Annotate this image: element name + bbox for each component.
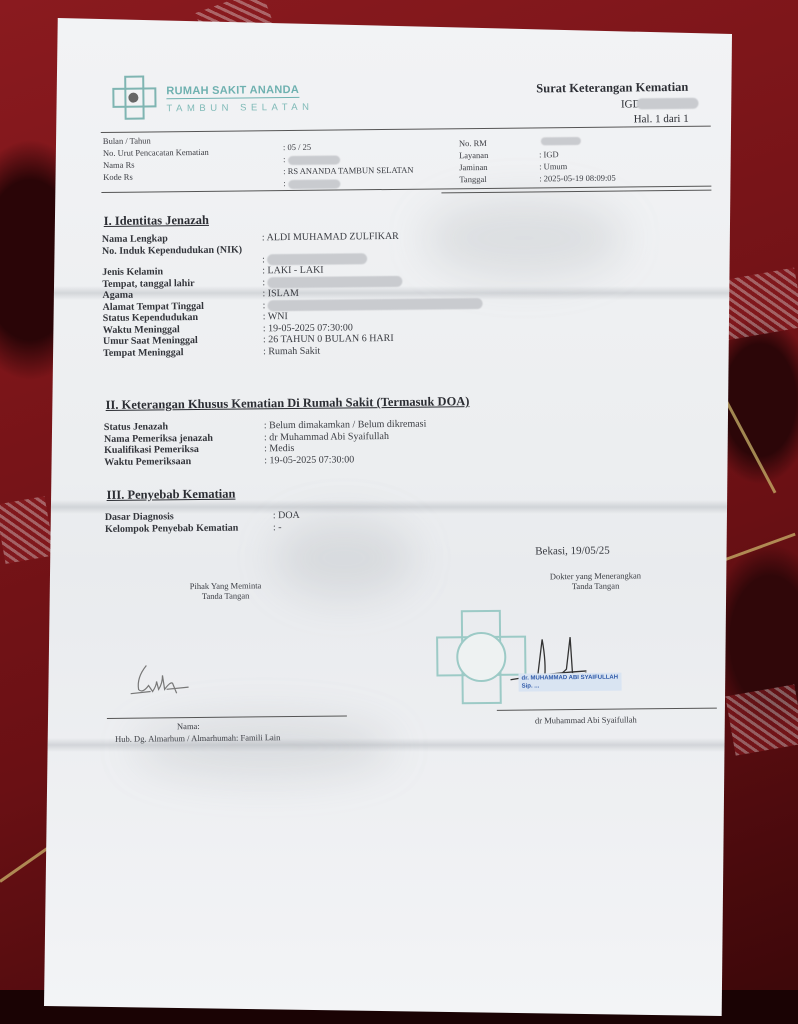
requester-signature [126,655,207,706]
cloth-gold-line [0,846,50,883]
hospital-subname: TAMBUN SELATAN [166,102,313,115]
meta-label: Bulan / Tahun [103,135,151,146]
cloth-gold-line [719,533,795,563]
place-date: Bekasi, 19/05/25 [535,545,610,558]
meta-label: Kode Rs [103,172,133,182]
cloth-border-pattern [0,496,55,564]
redacted-field [288,179,340,189]
redacted-field [268,276,403,288]
meta-value [541,135,581,145]
redacted-field [541,137,581,145]
death-certificate-paper: RUMAH SAKIT ANANDA TAMBUN SELATAN Surat … [44,18,732,1016]
meta-value: : [283,177,340,188]
meta-label: Nama Rs [103,160,135,170]
redacted-field [268,298,483,311]
meta-label: Layanan [459,150,488,160]
meta-value: : 2025-05-19 08:09:05 [539,173,616,184]
divider [441,190,711,194]
meta-label: No. Urut Pencacatan Kematian [103,147,209,158]
doctor-signature-label: Dokter yang MenerangkanTanda Tangan [525,570,665,591]
cloth-border-pattern [725,684,798,755]
meta-value: : 05 / 25 [283,142,311,152]
meta-value: : RS ANANDA TAMBUN SELATAN [283,165,413,176]
section-1-fields: Nama Lengkap: ALDI MUHAMAD ZULFIKAR No. … [102,228,703,359]
unit-label: IGD [536,98,688,112]
meta-label: Jaminan [459,162,487,172]
section-2-title: II. Keterangan Khusus Kematian Di Rumah … [106,394,470,413]
section-2-fields: Status Jenazah: Belum dimakamkan / Belum… [104,416,704,468]
section-3-fields: Dasar Diagnosis: DOA Kelompok Penyebab K… [105,506,705,535]
doctor-name: dr Muhammad Abi Syaifullah [535,714,637,725]
hospital-name: RUMAH SAKIT ANANDA [166,84,299,99]
meta-value: : Umum [539,161,567,171]
redacted-field [267,253,367,265]
document-content: RUMAH SAKIT ANANDA TAMBUN SELATAN Surat … [100,52,718,778]
meta-value: : [283,153,340,164]
meta-value: : IGD [539,149,559,159]
meta-label: Tanggal [459,174,486,184]
requester-signature-label: Pihak Yang MemintaTanda Tangan [165,580,285,601]
redacted-field [288,155,340,165]
document-title-block: Surat Keterangan Kematian IGD Hal. 1 dar… [536,80,689,127]
page-indicator: Hal. 1 dari 1 [537,113,689,127]
document-title: Surat Keterangan Kematian [536,80,688,97]
signature-line [497,708,717,711]
section-3-title: III. Penyebab Kematian [107,487,236,503]
requester-relation: Hub. Dg. Almarhum / Almarhumah: Famili L… [115,732,280,744]
medical-cross-icon [112,75,156,119]
section-1-title: I. Identitas Jenazah [104,213,209,229]
hospital-logo: RUMAH SAKIT ANANDA TAMBUN SELATAN [112,70,513,134]
meta-label: No. RM [459,138,487,148]
requester-name-label: Nama: [177,721,200,731]
divider [101,186,711,193]
signature-line [107,715,347,719]
redacted-field [636,98,698,110]
doctor-name-stamp: dr. MUHAMMAD ABI SYAIFULLAH Sip. ... [518,673,621,692]
